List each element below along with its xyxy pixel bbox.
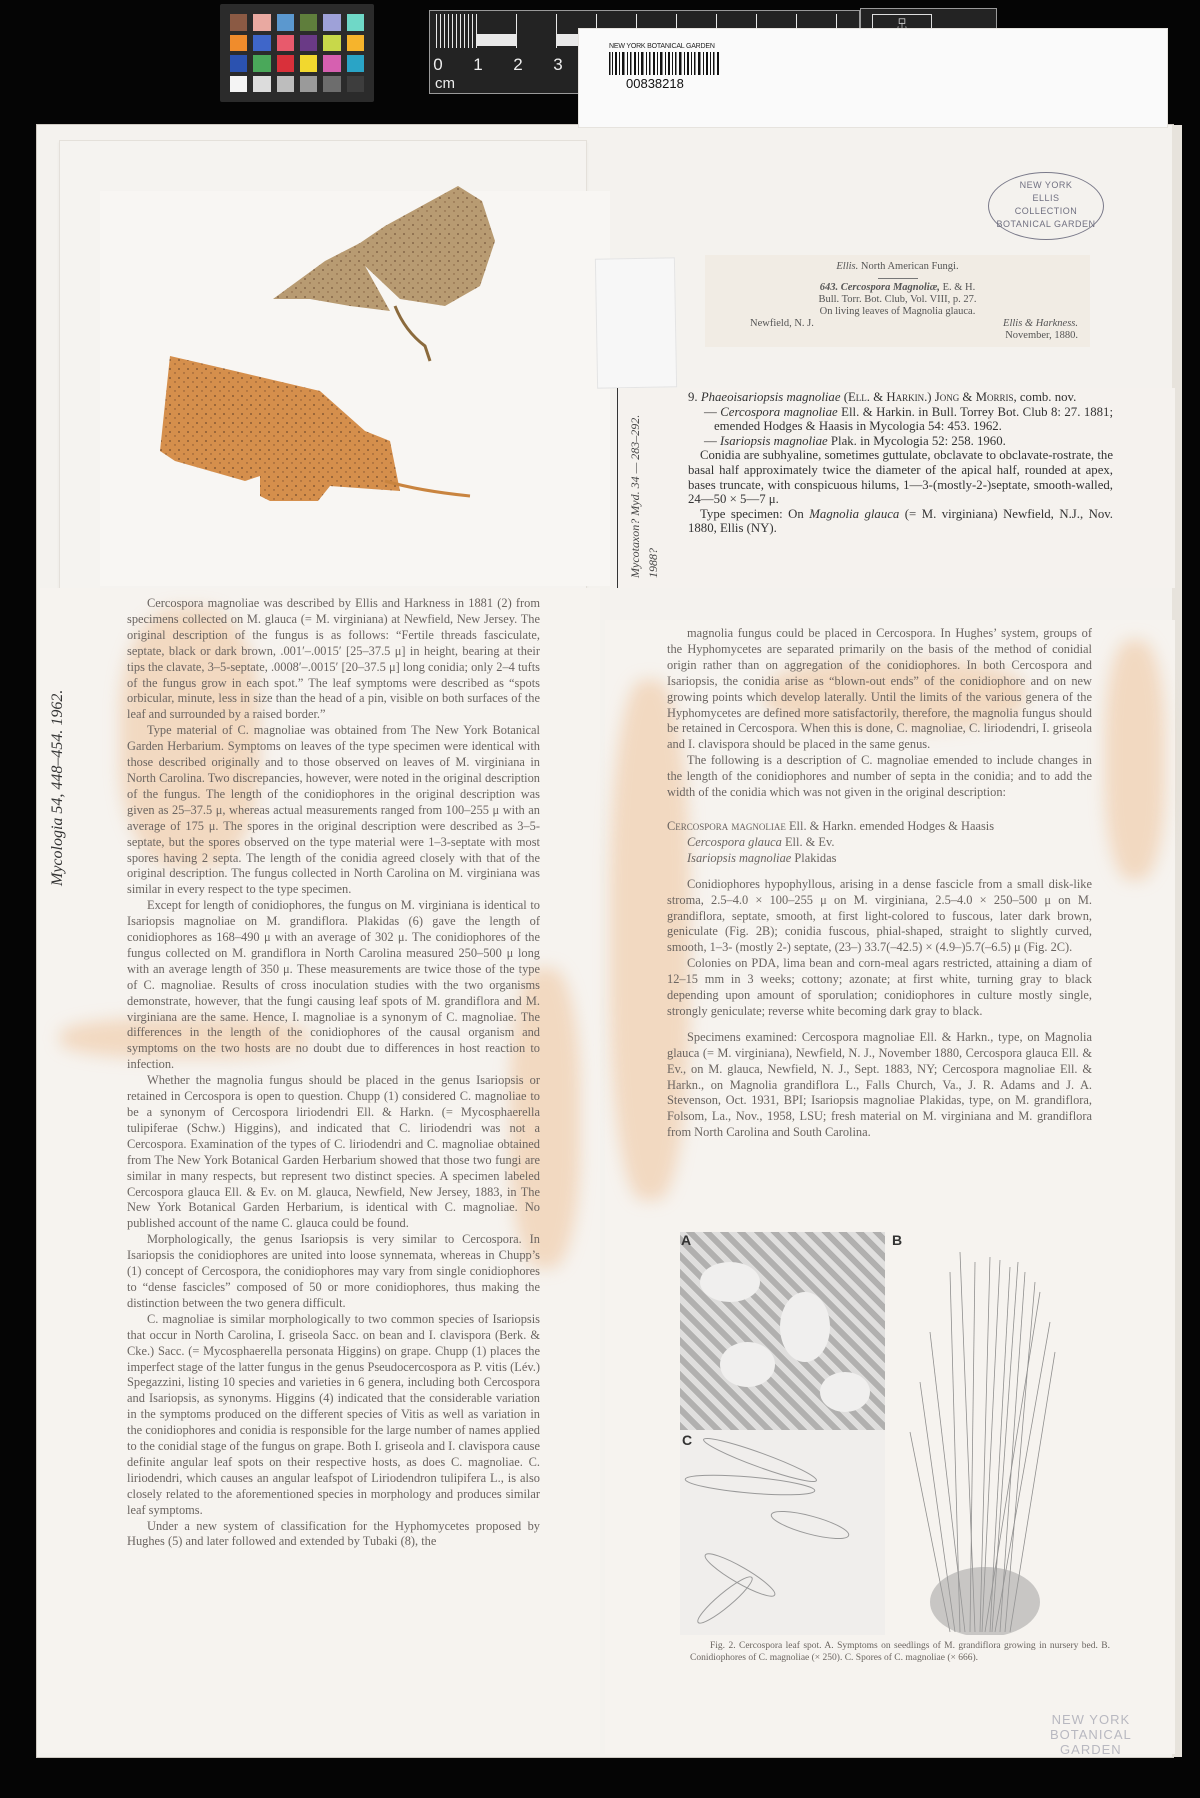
color-swatch: [277, 76, 294, 93]
taxon-heading-authority: Ell. & Harkn. emended Hodges & Haasis: [789, 819, 994, 833]
figure-panel-a-photo: [680, 1232, 885, 1430]
synonym-name: Isariopsis magnoliae: [687, 851, 791, 865]
panel-label: A: [681, 1232, 691, 1248]
color-swatch: [300, 14, 317, 31]
color-swatch: [323, 55, 340, 72]
paragraph: Except for length of conidiophores, the …: [127, 898, 540, 1073]
color-swatch: [253, 76, 270, 93]
panel-label: C: [682, 1432, 692, 1448]
figure-caption: Fig. 2. Cercospora leaf spot. A. Symptom…: [690, 1640, 1110, 1664]
label-header-author: Ellis.: [836, 261, 858, 272]
nomenclatural-status: comb. nov.: [1020, 390, 1076, 404]
ruler-number: 3: [553, 55, 562, 75]
label-collectors: Ellis & Harkness.: [1003, 318, 1078, 330]
label-substrate: On living leaves of Magnolia glauca.: [705, 306, 1090, 318]
conidia-description: Conidia are subhyaline, sometimes guttul…: [688, 448, 1113, 506]
handwritten-citation: Mycologia 54, 448–454. 1962.: [50, 606, 90, 886]
color-swatch: [277, 35, 294, 52]
color-swatch: [230, 35, 247, 52]
figure-panel-b-conidiophores: [890, 1232, 1070, 1635]
type-host: Magnolia glauca: [809, 507, 899, 521]
paragraph: Cercospora magnoliae was described by El…: [127, 596, 540, 723]
article-page-left: Mycologia 54, 448–454. 1962. Cercospora …: [40, 588, 600, 1753]
water-stain: [1105, 640, 1165, 880]
panel-label: B: [892, 1232, 902, 1248]
paragraph: C. magnoliae is similar morphologically …: [127, 1312, 540, 1519]
paragraph: Under a new system of classification for…: [127, 1519, 540, 1551]
color-swatch: [277, 55, 294, 72]
color-swatch: [300, 35, 317, 52]
accepted-name: Phaeoisariopsis magnoliae: [701, 390, 841, 404]
barcode-caption: NEW YORK BOTANICAL GARDEN: [609, 43, 715, 50]
color-swatch: [347, 14, 364, 31]
color-swatch: [347, 55, 364, 72]
paragraph: The following is a description of C. mag…: [667, 753, 1092, 801]
paragraph: Specimens examined: Cercospora magnoliae…: [667, 1030, 1092, 1141]
figure-2: A C B Fig. 2. Cercospora leaf spot. A. S…: [605, 1220, 1175, 1754]
color-swatch: [300, 55, 317, 72]
barcode-label: NEW YORK BOTANICAL GARDEN 00838218: [578, 28, 1168, 128]
synonym-name: Cercospora magnoliae: [720, 405, 837, 419]
leaf-specimens: [60, 141, 588, 596]
label-reference: Bull. Torr. Bot. Club, Vol. VIII, p. 27.: [705, 294, 1090, 306]
paragraph: Morphologically, the genus Isariopsis is…: [127, 1232, 540, 1312]
color-swatch: [323, 35, 340, 52]
synonym-name: Isariopsis magnoliae: [720, 434, 828, 448]
color-swatch: [323, 76, 340, 93]
folded-paper-slip: [595, 257, 677, 388]
label-header-series: North American Fungi.: [861, 261, 959, 272]
paragraph: Conidiophores hypophyllous, arising in a…: [667, 877, 1092, 957]
label-date: November, 1880.: [705, 330, 1090, 342]
specimen-packet: [59, 140, 587, 595]
exsiccata-label: Ellis. North American Fungi. 643. Cercos…: [705, 255, 1090, 347]
synonym-name: Cercospora glauca: [687, 835, 782, 849]
type-label: Type specimen: On: [700, 507, 804, 521]
color-calibration-card: [220, 4, 374, 102]
synonym-authority: Plakidas: [794, 851, 836, 865]
paragraph: Type material of C. magnoliae was obtain…: [127, 723, 540, 898]
barcode-icon: [609, 52, 719, 75]
color-swatch: [347, 76, 364, 93]
label-number: 643.: [820, 282, 838, 293]
paragraph: magnolia fungus could be placed in Cerco…: [667, 626, 1092, 753]
nomenclature-citation: Mycotaxon? Myd. 34 — 283–292. 1988? 9. P…: [617, 388, 1175, 588]
label-locality: Newfield, N. J.: [750, 318, 814, 330]
paragraph: Whether the magnolia fungus should be pl…: [127, 1073, 540, 1232]
color-swatch: [230, 76, 247, 93]
ellis-collection-stamp: NEW YORK ELLIS COLLECTION BOTANICAL GARD…: [988, 172, 1104, 240]
label-authors: E. & H.: [943, 282, 976, 293]
ruler-number: 0: [433, 55, 442, 75]
ruler-number: 2: [513, 55, 522, 75]
color-swatch: [253, 14, 270, 31]
synonym-reference: Plak. in Mycologia 52: 258. 1960.: [831, 434, 1006, 448]
accepted-name-authors: (Ell. & Harkin.) Jong & Morris,: [844, 390, 1017, 404]
label-divider: [878, 278, 918, 279]
color-swatch: [230, 14, 247, 31]
color-swatch: [277, 14, 294, 31]
ruler-number: 1: [473, 55, 482, 75]
entry-number: 9.: [688, 390, 698, 404]
handwritten-reference: Mycotaxon? Myd. 34 — 283–292. 1988?: [626, 398, 666, 578]
conidiophore-drawing: [890, 1232, 1070, 1635]
color-swatch: [253, 55, 270, 72]
nybg-watermark: NEW YORK BOTANICAL GARDEN: [1050, 1712, 1132, 1757]
color-swatch: [323, 14, 340, 31]
color-swatch: [253, 35, 270, 52]
figure-panel-c-spores: [680, 1430, 885, 1635]
ruler-unit: cm: [435, 75, 455, 92]
synonym-authority: Ell. & Ev.: [785, 835, 834, 849]
color-swatch: [300, 76, 317, 93]
color-swatch: [347, 35, 364, 52]
taxon-heading: Cercospora magnoliae: [667, 819, 786, 833]
paragraph: Colonies on PDA, lima bean and corn-meal…: [667, 956, 1092, 1020]
article-page-right: magnolia fungus could be placed in Cerco…: [605, 620, 1175, 1220]
label-species: Cercospora Magnoliæ,: [841, 282, 940, 293]
spore-drawing: [680, 1430, 885, 1635]
barcode-number: 00838218: [626, 76, 684, 91]
color-swatch: [230, 55, 247, 72]
